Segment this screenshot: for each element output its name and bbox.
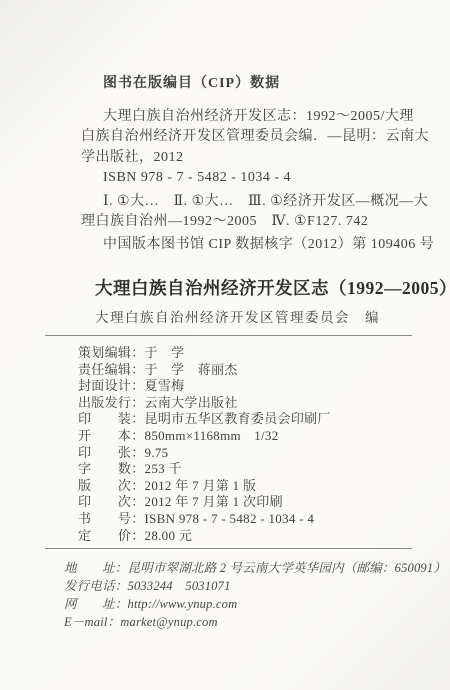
publisher-info-section: 地 址：昆明市翠湖北路 2 号云南大学英华园内（邮编：650091） 发行电话：… xyxy=(64,559,412,631)
cip-isbn-line: ISBN 978 - 7 - 5482 - 1034 - 4 xyxy=(81,168,412,189)
credit-label: 字 数： xyxy=(78,461,145,478)
divider-top xyxy=(45,335,412,336)
credit-value: 2012 年 7 月第 1 次印刷 xyxy=(145,494,283,509)
cip-classification-line-1: Ⅰ. ①大… Ⅱ. ①大… Ⅲ. ①经济开发区—概况—大 xyxy=(81,192,412,213)
credit-label: 责任编辑： xyxy=(78,362,145,379)
credit-label: 印 张： xyxy=(78,445,145,462)
publisher-website-row: 网 址：http://www.ynup.com xyxy=(64,595,412,613)
credit-label: 开 本： xyxy=(78,428,145,445)
credit-row-printing: 印 装：昆明市五华区教育委员会印刷厂 xyxy=(78,411,412,428)
credit-value: 夏雪梅 xyxy=(145,378,185,393)
copyright-page: 图书在版编目（CIP）数据 大理白族自治州经济开发区志：1992～2005/大理… xyxy=(0,0,450,690)
credit-value: 28.00 元 xyxy=(145,528,193,543)
publisher-value: 昆明市翠湖北路 2 号云南大学英华园内（邮编：650091） xyxy=(128,561,447,575)
credit-value: 于 学 蒋丽杰 xyxy=(145,362,238,377)
cip-classification-line-2: 理白族自治州—1992～2005 Ⅳ. ①F127. 742 xyxy=(81,212,412,233)
publisher-label: 发行电话： xyxy=(64,579,128,593)
cip-header: 图书在版编目（CIP）数据 xyxy=(81,74,412,95)
publisher-value: market@ynup.com xyxy=(120,615,217,629)
credits-section: 策划编辑：于 学 责任编辑：于 学 蒋丽杰 封面设计：夏雪梅 出版发行：云南大学… xyxy=(78,345,412,544)
publisher-value: 5033244 5031071 xyxy=(128,579,231,593)
publisher-label: E－mail： xyxy=(64,615,120,629)
credit-label: 印 次： xyxy=(78,494,145,511)
cip-record-number-line: 中国版本图书馆 CIP 数据核字（2012）第 109406 号 xyxy=(81,235,412,256)
cip-entry-line-3: 学出版社，2012 xyxy=(81,148,412,169)
credit-row-impression: 印 次：2012 年 7 月第 1 次印刷 xyxy=(78,494,412,511)
publisher-value: http://www.ynup.com xyxy=(128,597,238,611)
book-byline: 大理白族自治州经济开发区管理委员会 编 xyxy=(95,308,412,327)
credit-label: 版 次： xyxy=(78,478,145,495)
credit-label: 策划编辑： xyxy=(78,345,145,362)
publisher-address-row: 地 址：昆明市翠湖北路 2 号云南大学英华园内（邮编：650091） xyxy=(64,559,412,577)
credit-row-edition: 版 次：2012 年 7 月第 1 版 xyxy=(78,478,412,495)
credit-value: 9.75 xyxy=(145,445,169,460)
credit-row-sheets: 印 张：9.75 xyxy=(78,445,412,462)
divider-bottom xyxy=(45,548,412,549)
credit-label: 印 装： xyxy=(78,411,145,428)
credit-row-price: 定 价：28.00 元 xyxy=(78,528,412,545)
credit-row-planning-editor: 策划编辑：于 学 xyxy=(78,345,412,362)
publisher-label: 网 址： xyxy=(64,597,128,611)
credit-row-word-count: 字 数：253 千 xyxy=(78,461,412,478)
credit-label: 书 号： xyxy=(78,511,145,528)
credit-value: 253 千 xyxy=(145,461,182,476)
credit-row-responsible-editor: 责任编辑：于 学 蒋丽杰 xyxy=(78,362,412,379)
credit-row-isbn: 书 号：ISBN 978 - 7 - 5482 - 1034 - 4 xyxy=(78,511,412,528)
credit-value: 云南大学出版社 xyxy=(145,395,238,410)
credit-value: ISBN 978 - 7 - 5482 - 1034 - 4 xyxy=(145,511,315,526)
publisher-phone-row: 发行电话：5033244 5031071 xyxy=(64,577,412,595)
publisher-label: 地 址： xyxy=(64,561,128,575)
credit-row-format: 开 本：850mm×1168mm 1/32 xyxy=(78,428,412,445)
credit-row-cover-design: 封面设计：夏雪梅 xyxy=(78,378,412,395)
cip-entry-line-2: 白族自治州经济开发区管理委员会编．—昆明：云南大 xyxy=(81,127,412,148)
credit-row-publisher: 出版发行：云南大学出版社 xyxy=(78,395,412,412)
credit-value: 2012 年 7 月第 1 版 xyxy=(145,478,257,493)
credit-label: 定 价： xyxy=(78,528,145,545)
credit-label: 出版发行： xyxy=(78,395,145,412)
cip-section: 图书在版编目（CIP）数据 大理白族自治州经济开发区志：1992～2005/大理… xyxy=(81,0,412,255)
credit-label: 封面设计： xyxy=(78,378,145,395)
book-title: 大理白族自治州经济开发区志（1992—2005） xyxy=(95,277,412,299)
credit-value: 850mm×1168mm 1/32 xyxy=(145,428,279,443)
publisher-email-row: E－mail：market@ynup.com xyxy=(64,613,412,631)
credit-value: 于 学 xyxy=(145,345,185,360)
credit-value: 昆明市五华区教育委员会印刷厂 xyxy=(145,411,331,426)
cip-entry-line-1: 大理白族自治州经济开发区志：1992～2005/大理 xyxy=(81,107,412,128)
